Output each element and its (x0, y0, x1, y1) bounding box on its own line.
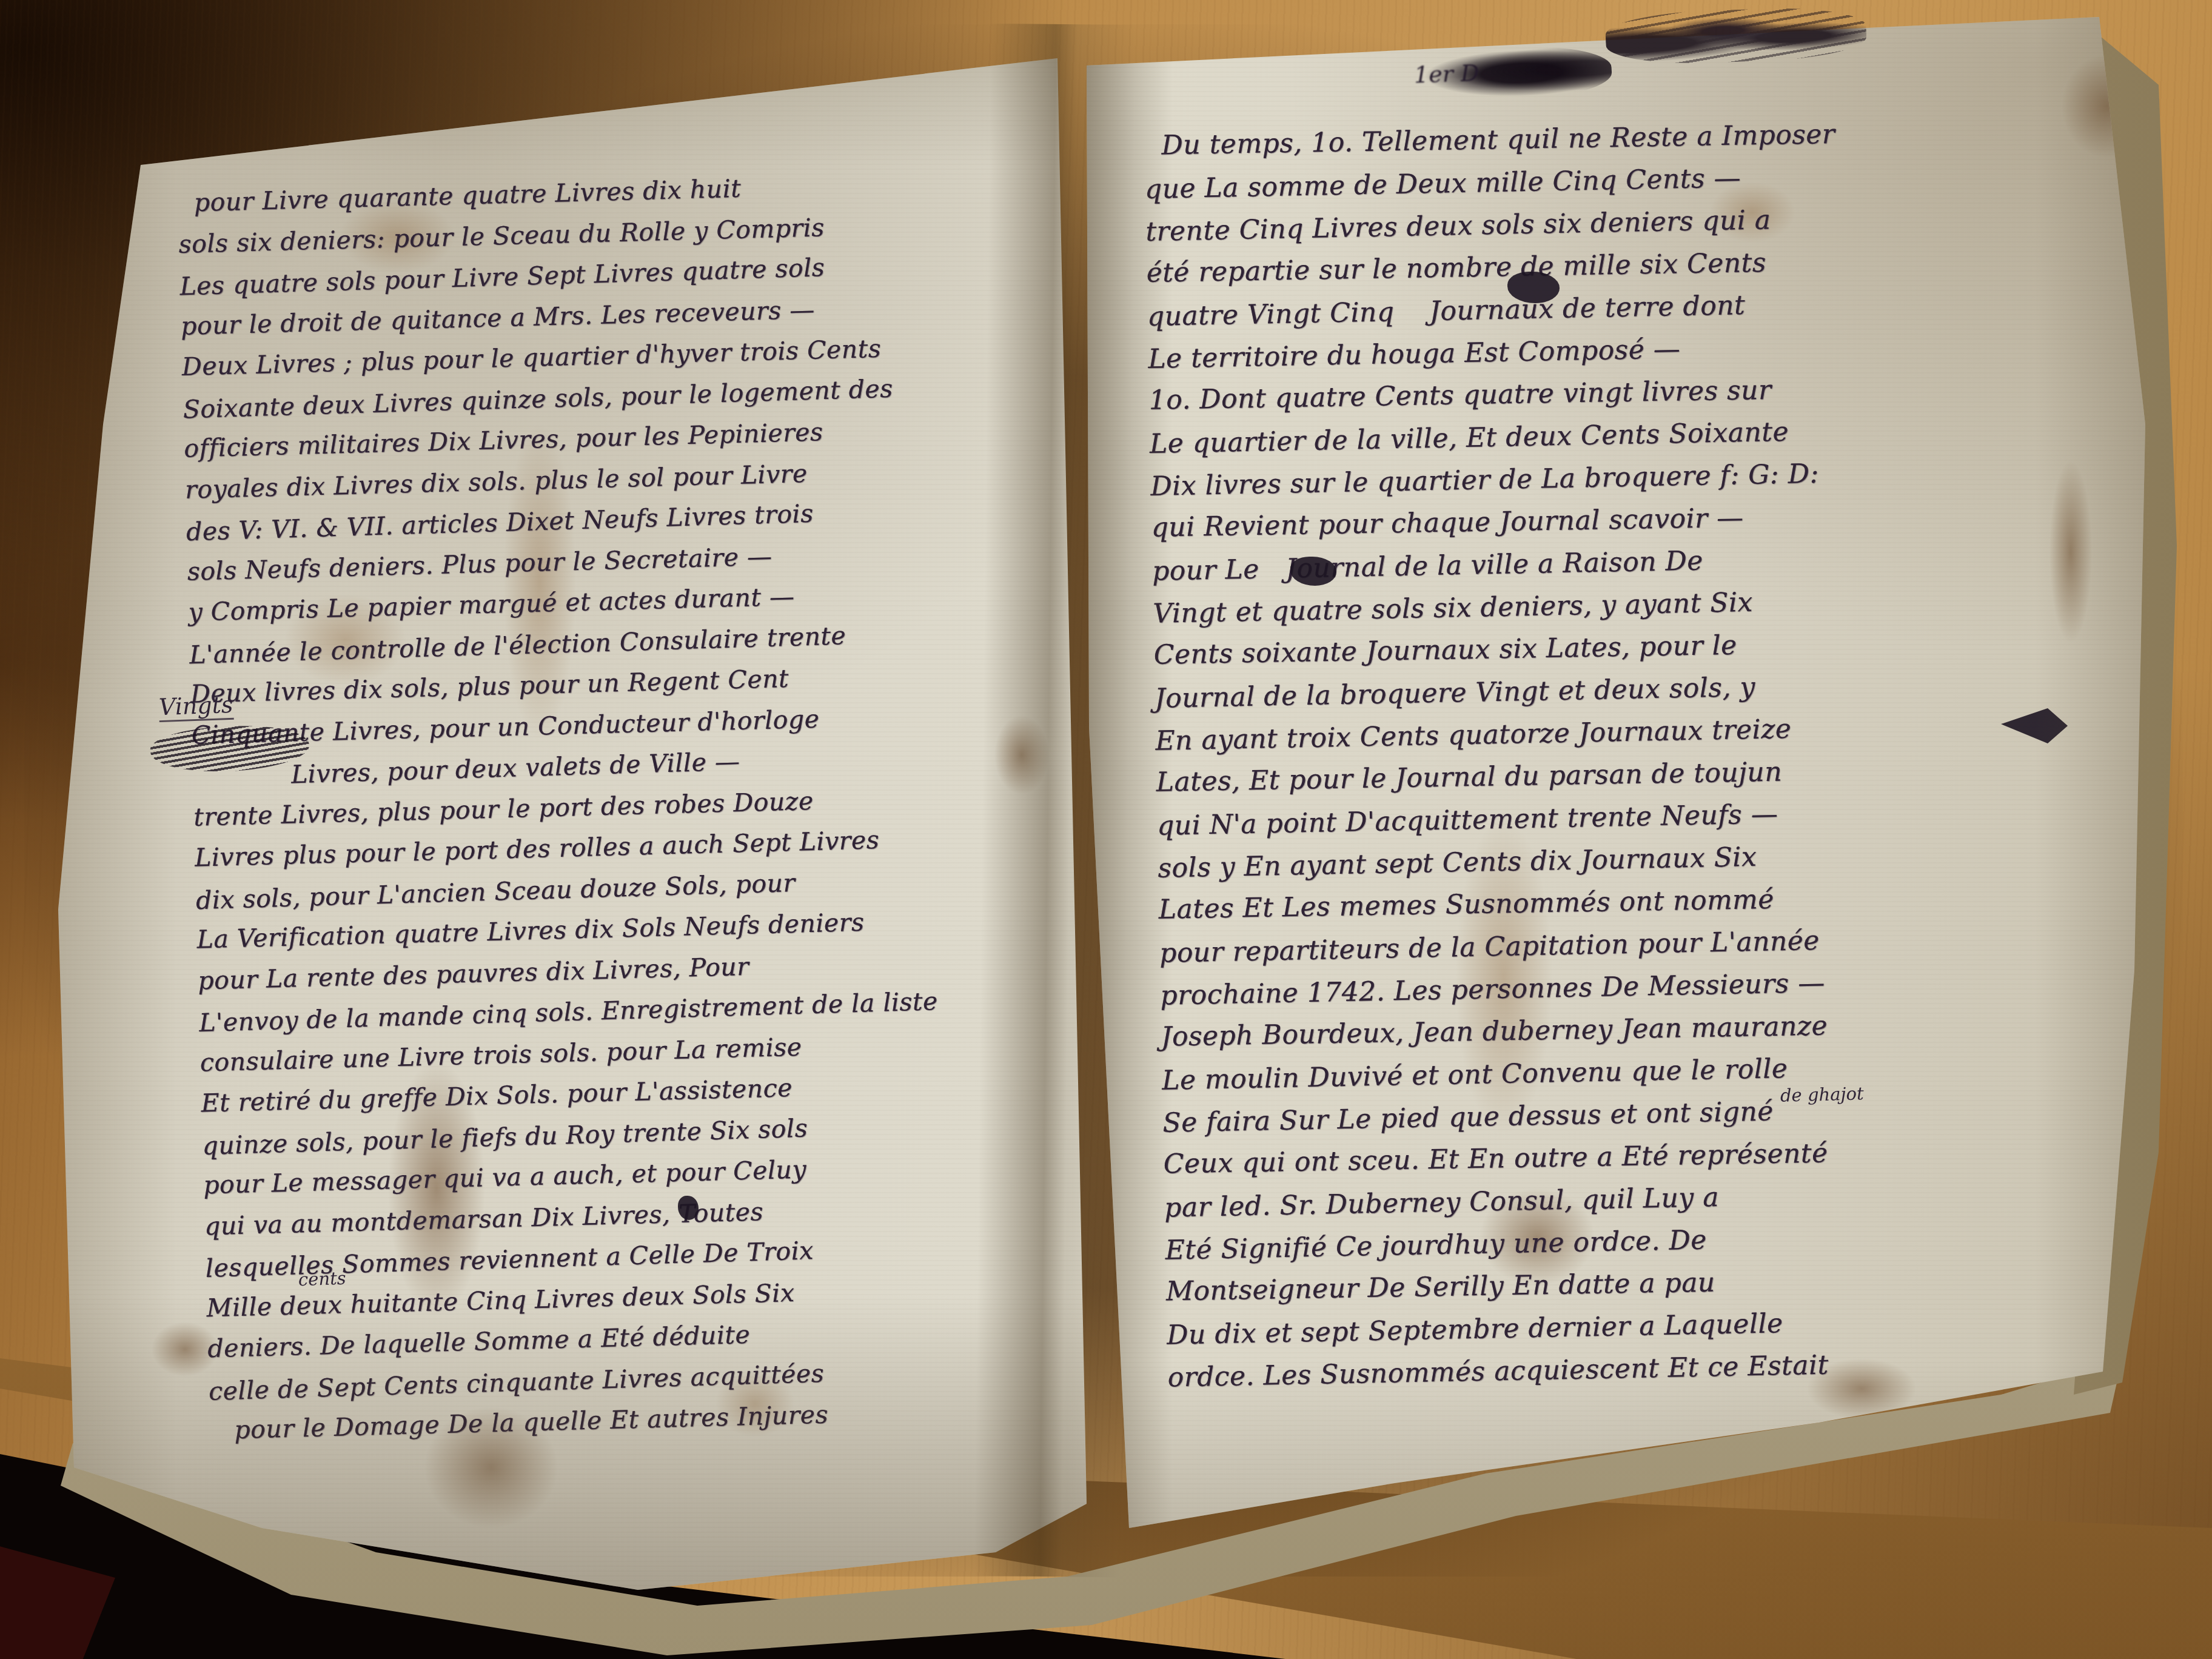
stain (2049, 461, 2092, 643)
handwriting-line: pour Le Journal de la ville a Raison De (1151, 532, 2122, 593)
handwriting-line: quinze sols, pour le fiefs du Roy trente… (202, 1099, 1088, 1167)
handwriting-line: Cents soixante Journaux six Lates, pour … (1153, 618, 2124, 677)
handwriting-line: En ayant troix Cents quatorze Journaux t… (1155, 702, 2126, 763)
handwriting-line: pour repartiteurs de la Capitation pour … (1159, 914, 2130, 975)
handwriting-line: Joseph Bourdeux, Jean duberney Jean maur… (1161, 1000, 2131, 1059)
stain (716, 1370, 794, 1437)
handwriting-line: royales dix Livres dix sols. plus le sol… (184, 446, 1070, 511)
handwriting-line: L'envoy de la mande cinq sols. Enregistr… (198, 977, 1084, 1044)
handwriting-line: Cinquante Livres, pour un Conducteur d'h… (191, 692, 1077, 756)
ink-blot (678, 1196, 699, 1220)
handwriting-line: Lates, Et pour le Journal du parsan de t… (1156, 745, 2127, 804)
handwriting-line: Deux Livres ; plus pour le quartier d'hy… (181, 324, 1067, 388)
handwriting-line: 1o. Dont quatre Cents quatre vingt livre… (1148, 363, 2119, 422)
right-page-text: Du temps, 1o. Tellement quil ne Reste a … (1144, 107, 2138, 1399)
header-smudge-text: 1er D (1413, 59, 1480, 89)
left-page-text: pour Livre quarante quatre Livres dix hu… (177, 160, 1095, 1452)
handwriting-line: Livres plus pour le port des rolles a au… (194, 814, 1080, 879)
handwriting-line: Ceux qui ont sceu. Et En outre a Eté rep… (1163, 1127, 2134, 1186)
handwriting-line: trente Livres, plus pour le port des rob… (193, 774, 1079, 838)
handwriting-line: qui va au montdemarsan Dix Livres, Toute… (204, 1183, 1090, 1247)
photo-scene: pour Livre quarante quatre Livres dix hu… (0, 0, 2212, 1659)
handwriting-line: pour le Domage De la quelle Et autres In… (209, 1387, 1095, 1452)
stain (388, 1061, 485, 1316)
header-ink-smudge: 1er D (1411, 44, 1613, 102)
handwriting-line: que La somme de Deux mille Cinq Cents — (1144, 150, 2115, 211)
superscript-cents: cents (298, 1268, 346, 1290)
book-gutter-fold (974, 24, 1136, 1577)
handwriting-line: par led. Sr. Duberney Consul, quil Luy a (1164, 1168, 2135, 1230)
handwriting-line: sols six deniers: pour le Sceau du Rolle… (178, 201, 1064, 265)
handwriting-line: Du dix et sept Septembre dernier a Laque… (1167, 1296, 2137, 1357)
stain (1480, 1188, 1595, 1285)
handwriting-line: Vingt et quatre sols six deniers, y ayan… (1153, 574, 2123, 635)
inserted-word-vingts: Vingts (158, 691, 233, 722)
handwriting-line: été repartie sur le nombre de mille six … (1146, 236, 2117, 295)
stain (1710, 182, 1795, 243)
handwriting-line: sols y En ayant sept Cents dix Journaux … (1158, 829, 2128, 890)
handwriting-line: des V: VI. & VII. articles Dixet Neufs L… (186, 486, 1071, 553)
handwriting-line: Livres, pour deux valets de Ville — (192, 731, 1078, 799)
handwriting-line: Les quatre sols pour Livre Sept Livres q… (179, 240, 1065, 307)
stain (152, 1322, 218, 1376)
handwriting-line: Deux livres dix sols, plus pour un Regen… (190, 651, 1076, 716)
handwriting-line: Le quartier de la ville, Et deux Cents S… (1149, 404, 2120, 466)
handwriting-line: officiers militaires Dix Livres, pour le… (184, 406, 1070, 470)
handwriting-line: Le territoire du houga Est Composé — (1148, 320, 2119, 381)
handwriting-line: lesquelles Sommes reviennent a Celle De … (205, 1222, 1091, 1290)
handwriting-line: Soixante deux Livres quinze sols, pour l… (183, 363, 1068, 431)
handwriting-line: Eté Signifié Ce jourdhuy une ordce. De (1165, 1211, 2136, 1272)
handwriting-line: trente Cinq Livres deux sols six deniers… (1145, 192, 2116, 253)
handwriting-line: Montseigneur De Serilly En datte a pau (1165, 1255, 2136, 1313)
handwriting-line: qui Revient pour chaque Journal scavoir … (1151, 491, 2122, 549)
handwriting-line: y Compris Le papier margué et actes dura… (188, 569, 1074, 634)
handwriting-line: Et retiré du greffe Dix Sols. pour L'ass… (201, 1060, 1087, 1124)
handwriting-line: celle de Sept Cents cinquante Livres acq… (208, 1345, 1094, 1412)
handwriting-line: Dix livres sur le quartier de La broquer… (1150, 447, 2121, 508)
handwriting-line: quatre Vingt Cinq Journaux de terre dont (1147, 277, 2117, 338)
handwriting-line: Le moulin Duvivé et ont Convenu que le r… (1162, 1041, 2133, 1102)
handwriting-line: deniers. De laquelle Somme a Eté déduite (207, 1305, 1093, 1370)
handwriting-line: qui N'a point D'acquittement trente Neuf… (1157, 786, 2128, 848)
handwriting-line: dix sols, pour L'ancien Sceau douze Sols… (195, 854, 1081, 921)
ink-blot (1290, 557, 1336, 586)
handwriting-line: ordce. Les Susnommés acquiescent Et ce E… (1167, 1338, 2138, 1399)
stain (503, 424, 576, 740)
stain (340, 200, 455, 273)
handwriting-line: pour Le messager qui va a auch, et pour … (203, 1142, 1088, 1206)
handwriting-line: La Verification quatre Livres dix Sols N… (196, 896, 1082, 960)
stain (1455, 819, 1552, 1134)
stain (424, 1407, 558, 1528)
stain (285, 594, 406, 685)
handwriting-line: sols Neufs deniers. Plus pour le Secreta… (187, 528, 1073, 592)
handwriting-line: Lates Et Les memes Susnommés ont nommé (1158, 873, 2129, 931)
struck-out-word-scribble (149, 721, 311, 777)
handwriting-line: pour Livre quarante quatre Livres dix hu… (177, 160, 1063, 224)
handwriting-line: Se faira Sur Le pied que dessus et ont s… (1162, 1084, 2133, 1145)
ink-blot-arrow (2001, 708, 2068, 743)
superscript-de-ghajot: de ghajot (1780, 1083, 1864, 1106)
handwriting-line: pour le droit de quitance a Mrs. Les rec… (180, 283, 1066, 347)
handwriting-line: Mille deux huitante Cinq Livres deux Sol… (206, 1265, 1092, 1329)
handwriting-line: prochaine 1742. Les personnes De Messieu… (1160, 956, 2131, 1017)
handwriting-line: Du temps, 1o. Tellement quil ne Reste a … (1144, 109, 2114, 167)
ink-blot (1507, 272, 1560, 303)
handwriting-line: pour La rente des pauvres dix Livres, Po… (198, 937, 1084, 1002)
handwriting-line: Journal de la broquere Vingt et deux sol… (1154, 659, 2125, 720)
handwriting-line: L'année le controlle de l'élection Consu… (189, 608, 1074, 675)
handwriting-line: consulaire une Livre trois sols. pour La… (199, 1019, 1085, 1084)
